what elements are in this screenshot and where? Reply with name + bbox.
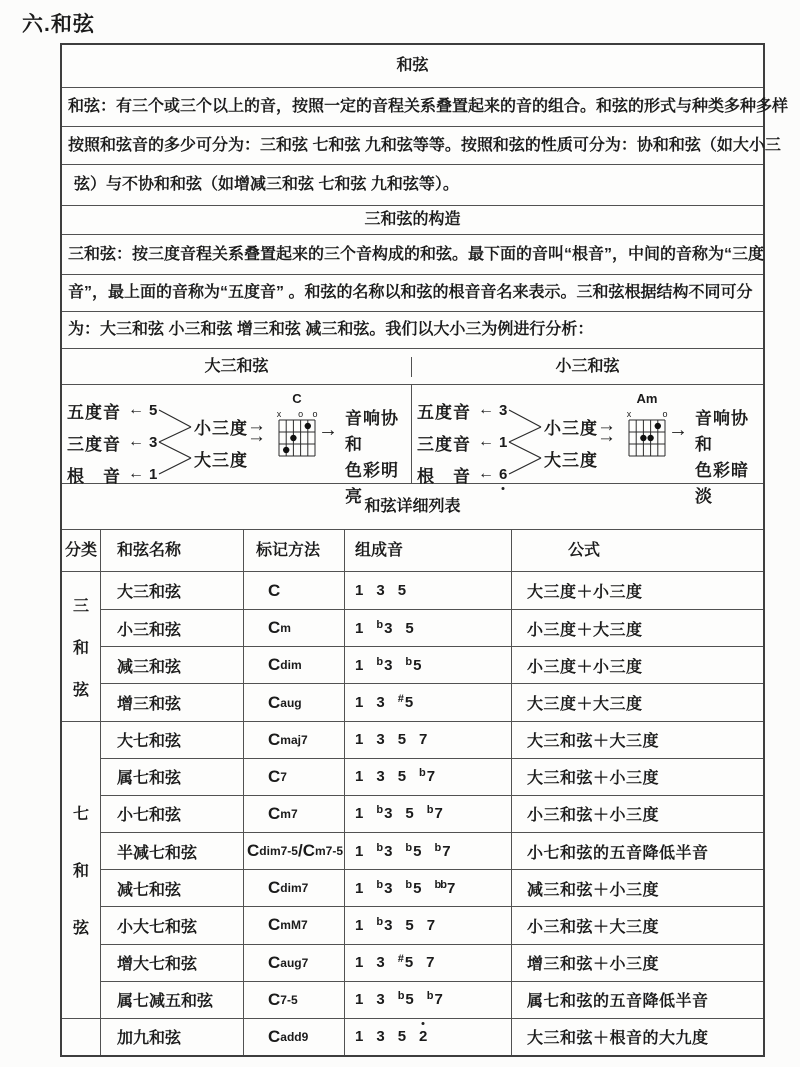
category-cell: [62, 1018, 101, 1055]
degree-row: 五度音 ← 5: [67, 394, 157, 426]
note-token: 1: [355, 1028, 363, 1045]
chord-formula-cell: 减三和弦＋小三度: [512, 869, 763, 906]
note-token: 5: [398, 731, 406, 748]
note-token: b3: [376, 843, 392, 860]
finger-dot: [640, 435, 646, 441]
note-token: b5: [398, 991, 414, 1008]
minor-triad-panel: 五度音 ← 3 三度音 ← 1 根 音 ← 6: [411, 385, 763, 483]
note-token: b7: [427, 991, 443, 1008]
chord-formula-cell: 小三和弦＋小三度: [512, 795, 763, 832]
degree-label: 五度音: [67, 398, 123, 423]
chord-notes-cell: 13#5: [345, 683, 512, 720]
category-cell: 七和弦: [62, 721, 101, 1018]
chord-symbol-cell: Cdim7: [244, 869, 345, 906]
note-token: b3: [376, 917, 392, 934]
chord-symbol-cell: Cmaj7: [244, 721, 345, 758]
chord-formula-cell: 属七和弦的五音降低半音: [512, 981, 763, 1018]
note-token: #5: [398, 954, 413, 971]
accidental-flat: b: [376, 804, 383, 816]
interval-label-bottom: 大三度: [194, 446, 248, 471]
chord-notes-cell: 1b357: [345, 906, 512, 943]
degree-label: 五度音: [417, 398, 473, 423]
intro-line-2: 按照和弦音的多少可分为：三和弦 七和弦 九和弦等等。按照和弦的性质可分为：协和和…: [62, 127, 763, 165]
chord-name-cell: 减三和弦: [101, 646, 244, 683]
degree-number: 5: [149, 402, 157, 419]
degree-label: 根 音: [417, 462, 473, 487]
octave-dot-below: [502, 487, 505, 490]
left-arrow-icon: ←: [473, 465, 499, 483]
octave-dot-above: [422, 1022, 425, 1025]
note-token: 1: [355, 582, 363, 599]
string-marker-o: o: [298, 409, 303, 419]
note-token: 1: [355, 880, 363, 897]
result-line-1: 音响协和: [695, 406, 763, 458]
note-token: 5: [405, 917, 413, 934]
chord-name-cell: 半减七和弦: [101, 832, 244, 869]
note-token: 5: [398, 582, 406, 599]
note-token: b5: [405, 843, 421, 860]
minor-triad-title: 小三和弦: [411, 357, 763, 377]
interval-connector-lines: [508, 398, 542, 478]
chord-name-cell: 小三和弦: [101, 609, 244, 646]
chord-name-cell: 加九和弦: [101, 1018, 244, 1055]
note-token: b5: [405, 880, 421, 897]
degree-row: 三度音 ← 1: [417, 426, 507, 458]
page-title: 六.和弦: [22, 8, 95, 38]
double-arrow-icon: →→: [597, 420, 615, 442]
left-arrow-icon: ←: [473, 433, 499, 451]
col-header-formula: 公式: [512, 530, 763, 571]
chord-symbol-cell: C7: [244, 758, 345, 795]
note-token: b7: [427, 805, 443, 822]
note-token: 1: [355, 731, 363, 748]
left-arrow-icon: ←: [123, 401, 149, 419]
note-token: #5: [398, 694, 413, 711]
note-token: 5: [405, 620, 413, 637]
degree-row: 五度音 ← 3: [417, 394, 507, 426]
note-token: 1: [355, 657, 363, 674]
accidental-flat: b: [376, 879, 383, 891]
chord-formula-cell: 大三度＋小三度: [512, 572, 763, 609]
note-token: 5: [405, 805, 413, 822]
finger-dot: [283, 447, 289, 453]
triad-line-1: 三和弦：按三度音程关系叠置起来的三个音构成的和弦。最下面的音叫“根音”，中间的音…: [62, 235, 763, 275]
accidental-sharp: #: [398, 953, 404, 965]
right-arrow-icon: →: [668, 419, 688, 442]
chord-document-table: 和弦 和弦：有三个或三个以上的音，按照一定的音程关系叠置起来的音的组合。和弦的形…: [60, 43, 765, 1057]
chord-notes-cell: 1b3b5: [345, 646, 512, 683]
accidental-flat: b: [435, 842, 442, 854]
chord-formula-cell: 大三和弦＋大三度: [512, 721, 763, 758]
triad-panels-row: 五度音 ← 5 三度音 ← 3 根 音 ← 1: [62, 385, 763, 484]
degree-label: 三度音: [417, 430, 473, 455]
accidental-flat: b: [376, 656, 383, 668]
accidental-sharp: #: [398, 693, 404, 705]
note-token: 1: [355, 843, 363, 860]
guitar-chord-diagram-C: Cxoo: [272, 388, 322, 464]
degree-number: 3: [499, 402, 507, 419]
string-marker-x: x: [627, 409, 632, 419]
note-token: b3: [376, 805, 392, 822]
note-token: 1: [355, 991, 363, 1008]
chord-notes-cell: 135: [345, 572, 512, 609]
result-line-1: 音响协和: [345, 406, 411, 458]
degree-row: 根 音 ← 6: [417, 458, 507, 490]
chord-name-cell: 增三和弦: [101, 683, 244, 720]
accidental-flat: b: [376, 619, 383, 631]
note-token: b3: [376, 620, 392, 637]
col-header-category: 分类: [62, 530, 101, 571]
accidental-flat: b: [405, 656, 412, 668]
col-header-name: 和弦名称: [101, 530, 244, 571]
chord-notes-cell: 1b3b5b7: [345, 832, 512, 869]
note-token: 3: [376, 1028, 384, 1045]
note-token: 5: [398, 768, 406, 785]
result-line-2: 色彩明亮: [345, 458, 411, 510]
string-marker-x: x: [277, 409, 282, 419]
note-token: 1: [355, 620, 363, 637]
chord-symbol-cell: Caug7: [244, 944, 345, 981]
major-triad-panel: 五度音 ← 5 三度音 ← 3 根 音 ← 1: [62, 385, 411, 483]
accidental-flat: b: [405, 879, 412, 891]
degree-row: 三度音 ← 3: [67, 426, 157, 458]
chord-diagram-label: Am: [637, 391, 658, 406]
accidental-flat: b: [376, 842, 383, 854]
chord-formula-cell: 小三度＋大三度: [512, 609, 763, 646]
note-token: 7: [427, 917, 435, 934]
chord-name-cell: 大三和弦: [101, 572, 244, 609]
chord-formula-cell: 小三度＋小三度: [512, 646, 763, 683]
triad-line-2: 音”，最上面的音称为“五度音” 。和弦的名称以和弦的根音音名来表示。三和弦根据结…: [62, 275, 763, 312]
chord-formula-cell: 大三度＋大三度: [512, 683, 763, 720]
note-token: 1: [355, 694, 363, 711]
double-arrow-icon: →→: [247, 420, 265, 442]
chord-symbol-cell: Cdim: [244, 646, 345, 683]
note-token: b3: [376, 880, 392, 897]
chord-symbol-cell: Cadd9: [244, 1018, 345, 1055]
finger-dot: [305, 423, 311, 429]
note-token: 7: [426, 954, 434, 971]
chord-name-cell: 大七和弦: [101, 721, 244, 758]
major-triad-title: 大三和弦: [62, 357, 411, 377]
accidental-flat: b: [376, 916, 383, 928]
note-token: 1: [355, 917, 363, 934]
note-token: b3: [376, 657, 392, 674]
chord-symbol-cell: C: [244, 572, 345, 609]
accidental-flat: bb: [435, 879, 446, 891]
finger-dot: [290, 435, 296, 441]
accidental-flat: b: [398, 990, 405, 1002]
string-marker-o: o: [662, 409, 667, 419]
degree-labels: 五度音 ← 5 三度音 ← 3 根 音 ← 1: [67, 394, 157, 490]
intro-line-3: 弦）与不协和和弦（如增减三和弦 七和弦 九和弦等）。: [62, 165, 763, 206]
chord-name-cell: 增大七和弦: [101, 944, 244, 981]
sound-result-text: 音响协和 色彩明亮: [345, 406, 411, 510]
chord-notes-cell: 1b35: [345, 609, 512, 646]
note-token: 1: [355, 954, 363, 971]
chord-name-cell: 小七和弦: [101, 795, 244, 832]
chord-symbol-cell: Cm: [244, 609, 345, 646]
left-arrow-icon: ←: [123, 465, 149, 483]
note-token: 3: [376, 694, 384, 711]
left-arrow-icon: ←: [123, 433, 149, 451]
chord-notes-cell: 1b3b5bb7: [345, 869, 512, 906]
left-arrow-icon: ←: [473, 401, 499, 419]
finger-dot: [655, 423, 661, 429]
triad-line-3: 为：大三和弦 小三和弦 增三和弦 减三和弦。我们以大小三为例进行分析：: [62, 312, 763, 349]
chord-name-cell: 属七减五和弦: [101, 981, 244, 1018]
col-header-notes: 组成音: [345, 530, 512, 571]
degree-labels: 五度音 ← 3 三度音 ← 1 根 音 ← 6: [417, 394, 507, 490]
chord-list-grid: 三和弦大三和弦C135大三度＋小三度小三和弦Cm1b35小三度＋大三度减三和弦C…: [62, 572, 763, 1055]
chord-notes-cell: 1b35b7: [345, 795, 512, 832]
note-token: b7: [419, 768, 435, 785]
chord-name-cell: 减七和弦: [101, 869, 244, 906]
chord-formula-cell: 小七和弦的五音降低半音: [512, 832, 763, 869]
interval-label-top: 小三度: [194, 414, 248, 439]
intro-header: 和弦: [62, 45, 763, 88]
chord-symbol-cell: Cm7: [244, 795, 345, 832]
note-token: b7: [435, 843, 451, 860]
degree-label: 三度音: [67, 430, 123, 455]
accidental-flat: b: [419, 767, 426, 779]
chord-name-cell: 属七和弦: [101, 758, 244, 795]
degree-row: 根 音 ← 1: [67, 458, 157, 490]
category-cell: 三和弦: [62, 572, 101, 721]
triad-section-header: 三和弦的构造: [62, 206, 763, 235]
degree-label: 根 音: [67, 462, 123, 487]
chord-name-cell: 小大七和弦: [101, 906, 244, 943]
degree-number: 3: [149, 434, 157, 451]
result-line-2: 色彩暗淡: [695, 458, 763, 510]
note-token: 2: [419, 1028, 427, 1045]
chord-notes-cell: 1357: [345, 721, 512, 758]
note-token: 7: [419, 731, 427, 748]
note-token: bb7: [435, 880, 456, 897]
chord-list-header: 和弦详细列表: [62, 484, 763, 530]
chord-notes-cell: 13b5b7: [345, 981, 512, 1018]
chord-diagram-label: C: [292, 391, 302, 406]
sound-result-text: 音响协和 色彩暗淡: [695, 406, 763, 510]
chord-symbol-cell: Caug: [244, 683, 345, 720]
degree-number: 1: [499, 434, 507, 451]
note-token: 5: [398, 1028, 406, 1045]
note-token: 3: [376, 954, 384, 971]
chord-list-column-headers: 分类 和弦名称 标记方法 组成音 公式: [62, 530, 763, 572]
chord-formula-cell: 增三和弦＋小三度: [512, 944, 763, 981]
chord-formula-cell: 大三和弦＋根音的大九度: [512, 1018, 763, 1055]
right-arrow-icon: →: [318, 419, 338, 442]
accidental-flat: b: [405, 842, 412, 854]
chord-notes-cell: 1352: [345, 1018, 512, 1055]
interval-connector-lines: [158, 398, 192, 478]
interval-label-top: 小三度: [544, 414, 598, 439]
accidental-flat: b: [427, 804, 434, 816]
chord-symbol-cell: CmM7: [244, 906, 345, 943]
chord-formula-cell: 大三和弦＋小三度: [512, 758, 763, 795]
chord-formula-cell: 小三和弦＋大三度: [512, 906, 763, 943]
note-token: 3: [376, 731, 384, 748]
note-token: 1: [355, 768, 363, 785]
chord-notes-cell: 135b7: [345, 758, 512, 795]
degree-number: 6: [499, 466, 507, 483]
chord-symbol-cell: C7-5: [244, 981, 345, 1018]
note-token: 3: [376, 768, 384, 785]
note-token: 3: [376, 582, 384, 599]
note-token: 3: [376, 991, 384, 1008]
string-marker-o: o: [312, 409, 317, 419]
accidental-flat: b: [427, 990, 434, 1002]
col-header-symbol: 标记方法: [244, 530, 345, 571]
interval-label-bottom: 大三度: [544, 446, 598, 471]
chord-notes-cell: 13#57: [345, 944, 512, 981]
finger-dot: [647, 435, 653, 441]
degree-number: 1: [149, 466, 157, 483]
guitar-chord-diagram-Am: Amxo: [622, 388, 672, 464]
chord-symbol-cell: Cdim7-5/Cm7-5: [244, 832, 345, 869]
note-token: 1: [355, 805, 363, 822]
note-token: b5: [405, 657, 421, 674]
triad-panel-headers: 大三和弦 小三和弦: [62, 349, 763, 385]
intro-line-1: 和弦：有三个或三个以上的音，按照一定的音程关系叠置起来的音的组合。和弦的形式与种…: [62, 88, 763, 127]
